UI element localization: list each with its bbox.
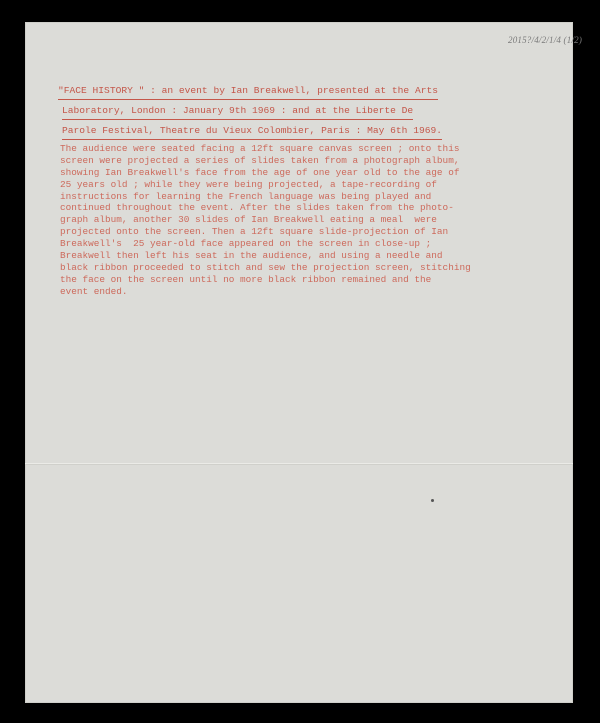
body-line: showing Ian Breakwell's face from the ag…	[60, 167, 540, 179]
body-line: projected onto the screen. Then a 12ft s…	[60, 226, 540, 238]
body-line: The audience were seated facing a 12ft s…	[60, 143, 540, 155]
heading-line: Parole Festival, Theatre du Vieux Colomb…	[58, 124, 528, 144]
body-line: continued throughout the event. After th…	[60, 202, 540, 214]
body-line: 25 years old ; while they were being pro…	[60, 179, 540, 191]
body-line: graph album, another 30 slides of Ian Br…	[60, 214, 540, 226]
heading-line: Laboratory, London : January 9th 1969 : …	[58, 104, 528, 124]
body-line: instructions for learning the French lan…	[60, 191, 540, 203]
heading-line: "FACE HISTORY " : an event by Ian Breakw…	[58, 84, 528, 104]
document-page: 2015?/4/2/1/4 (1/2) "FACE HISTORY " : an…	[25, 22, 573, 703]
body-line: the face on the screen until no more bla…	[60, 274, 540, 286]
body-line: screen were projected a series of slides…	[60, 155, 540, 167]
document-heading: "FACE HISTORY " : an event by Ian Breakw…	[58, 84, 528, 144]
paper-fold-line	[25, 463, 573, 465]
document-body: The audience were seated facing a 12ft s…	[60, 143, 540, 298]
archive-reference-annotation: 2015?/4/2/1/4 (1/2)	[508, 35, 582, 45]
paper-speck	[431, 499, 434, 502]
body-line: Breakwell's 25 year-old face appeared on…	[60, 238, 540, 250]
body-line: event ended.	[60, 286, 540, 298]
body-line: Breakwell then left his seat in the audi…	[60, 250, 540, 262]
body-line: black ribbon proceeded to stitch and sew…	[60, 262, 540, 274]
